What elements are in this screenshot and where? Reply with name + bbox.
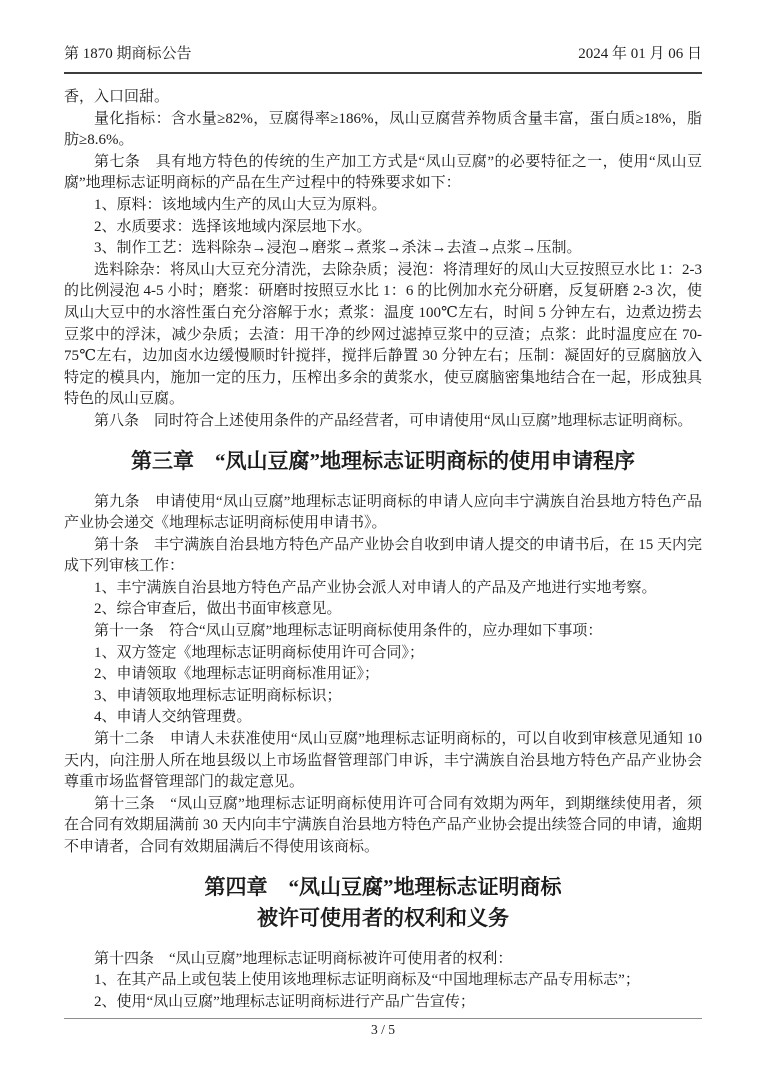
paragraph: 1、双方签定《地理标志证明商标使用许可合同》； <box>64 643 702 665</box>
gazette-date: 2024 年 01 月 06 日 <box>578 44 702 64</box>
paragraph: 2、综合审查后，做出书面审核意见。 <box>64 599 702 621</box>
paragraph: 第十四条 “凤山豆腐”地理标志证明商标被许可使用者的权利： <box>64 949 702 971</box>
paragraph: 2、申请领取《地理标志证明商标准用证》； <box>64 664 702 686</box>
paragraph: 第十一条 符合“凤山豆腐”地理标志证明商标使用条件的，应办理如下事项： <box>64 621 702 643</box>
paragraph: 第十二条 申请人未获准使用“凤山豆腐”地理标志证明商标的，可以自收到审核意见通知… <box>64 729 702 794</box>
paragraph: 第八条 同时符合上述使用条件的产品经营者，可申请使用“凤山豆腐”地理标志证明商标… <box>64 411 702 433</box>
paragraph: 1、原料：该地域内生产的凤山大豆为原料。 <box>64 195 702 217</box>
page-header: 第 1870 期商标公告 2024 年 01 月 06 日 <box>64 44 702 74</box>
paragraph: 第十条 丰宁满族自治县地方特色产品产业协会自收到申请人提交的申请书后，在 15 … <box>64 535 702 578</box>
paragraph: 3、制作工艺：选料除杂→浸泡→磨浆→煮浆→杀沫→去渣→点浆→压制。 <box>64 238 702 260</box>
paragraph: 量化指标：含水量≥82%，豆腐得率≥186%，凤山豆腐营养物质含量丰富，蛋白质≥… <box>64 109 702 152</box>
paragraph: 第十三条 “凤山豆腐”地理标志证明商标使用许可合同有效期为两年，到期继续使用者，… <box>64 794 702 859</box>
chapter-heading: 第三章 “凤山豆腐”地理标志证明商标的使用申请程序 <box>64 446 702 477</box>
paragraph: 选料除杂：将凤山大豆充分清洗，去除杂质；浸泡：将清理好的凤山大豆按照豆水比 1：… <box>64 260 702 411</box>
gazette-page: 第 1870 期商标公告 2024 年 01 月 06 日 香，入口回甜。量化指… <box>0 0 760 1075</box>
paragraph: 第七条 具有地方特色的传统的生产加工方式是“凤山豆腐”的必要特征之一，使用“凤山… <box>64 152 702 195</box>
paragraph: 2、水质要求：选择该地域内深层地下水。 <box>64 217 702 239</box>
page-footer: 3 / 5 <box>64 1018 702 1039</box>
page-number: 3 / 5 <box>371 1022 395 1037</box>
chapter-heading: 第四章 “凤山豆腐”地理标志证明商标 被许可使用者的权利和义务 <box>64 872 702 934</box>
gazette-issue-title: 第 1870 期商标公告 <box>64 44 192 64</box>
paragraph: 香，入口回甜。 <box>64 87 702 109</box>
paragraph: 1、丰宁满族自治县地方特色产品产业协会派人对申请人的产品及产地进行实地考察。 <box>64 578 702 600</box>
document-body: 香，入口回甜。量化指标：含水量≥82%，豆腐得率≥186%，凤山豆腐营养物质含量… <box>64 87 702 1013</box>
paragraph: 第九条 申请使用“凤山豆腐”地理标志证明商标的申请人应向丰宁满族自治县地方特色产… <box>64 492 702 535</box>
paragraph: 4、申请人交纳管理费。 <box>64 707 702 729</box>
paragraph: 3、申请领取地理标志证明商标标识； <box>64 686 702 708</box>
paragraph: 1、在其产品上或包装上使用该地理标志证明商标及“中国地理标志产品专用标志”； <box>64 970 702 992</box>
paragraph: 2、使用“凤山豆腐”地理标志证明商标进行产品广告宣传； <box>64 992 702 1014</box>
